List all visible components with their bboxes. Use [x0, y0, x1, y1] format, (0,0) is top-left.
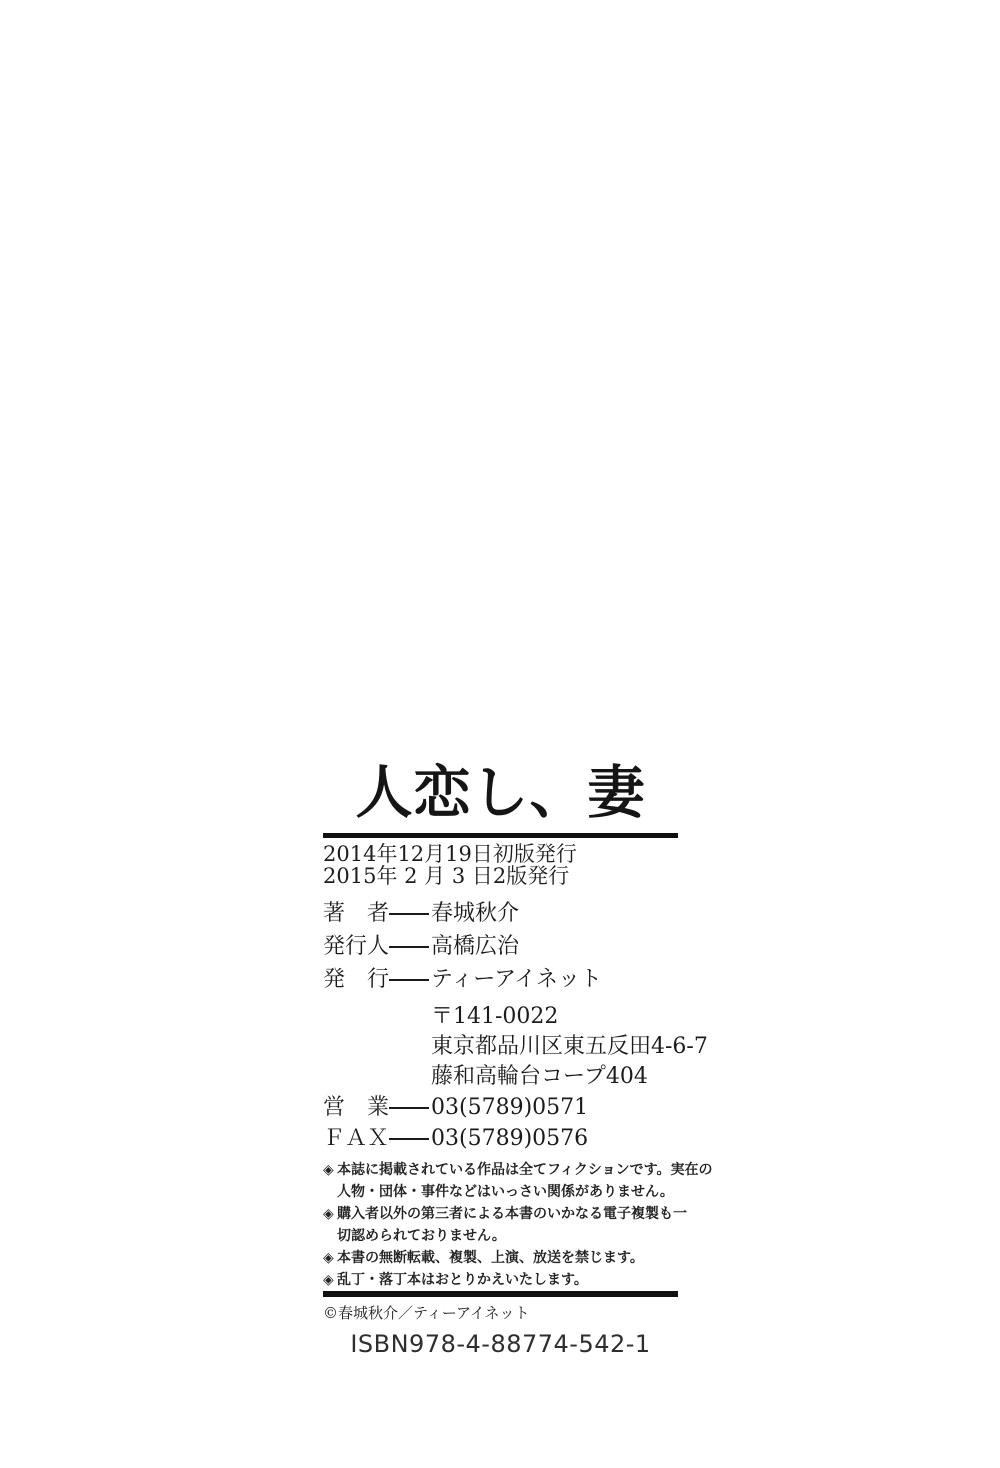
credits-section: 著 者 春城秋介 発行人 高橋広治 発 行 ティーアイネット — [323, 903, 678, 990]
credit-value: ティーアイネット — [431, 969, 602, 990]
isbn: ISBN978-4-88774-542-1 — [323, 1331, 678, 1357]
contact-row-fax: ＦＡＸ 03(5789)0576 — [323, 1128, 678, 1149]
notice-text: 購入者以外の第三者による本書のいかなる電子複製も一 — [337, 1206, 687, 1222]
notice-text: 本書の無断転載、複製、上演、放送を禁じます。 — [337, 1250, 644, 1266]
credit-label: 著 者 — [323, 903, 389, 924]
notice-text: 乱丁・落丁本はおとりかえいたします。 — [337, 1272, 588, 1288]
leader-dash — [389, 946, 429, 948]
address-line: 東京都品川区東五反田4-6-7 — [431, 1032, 678, 1062]
credit-row-publishing-house: 発 行 ティーアイネット — [323, 969, 678, 990]
postal-code: 〒141-0022 — [431, 1002, 678, 1032]
credit-label: 発行人 — [323, 936, 389, 957]
publisher-address: 〒141-0022 東京都品川区東五反田4-6-7 藤和高輪台コープ404 — [431, 1002, 678, 1092]
divider-rule-top — [323, 833, 678, 838]
notice-digital-copy-line-2: 切認められておりません。 — [323, 1225, 678, 1247]
notice-defective-copies: ◈乱丁・落丁本はおとりかえいたします。 — [323, 1269, 678, 1291]
contact-fax-number: 03(5789)0576 — [431, 1128, 588, 1149]
scanned-book-page: 人恋し、妻 2014年12月19日初版発行 2015年 2 月 3 日2版発行 … — [0, 0, 1000, 1468]
contact-phone: 03(5789)0571 — [431, 1097, 588, 1118]
notice-fiction-line-1: ◈本誌に掲載されている作品は全てフィクションです。実在の — [323, 1159, 678, 1181]
diamond-bullet-icon: ◈ — [323, 1269, 337, 1291]
contact-label: ＦＡＸ — [323, 1128, 389, 1149]
credit-row-publisher-person: 発行人 高橋広治 — [323, 936, 678, 957]
address-line: 藤和高輪台コープ404 — [431, 1062, 678, 1092]
notice-fiction-line-2: 人物・団体・事件などはいっさい関係がありません。 — [323, 1181, 678, 1203]
contacts-section: 営 業 03(5789)0571 ＦＡＸ 03(5789)0576 — [323, 1097, 678, 1149]
edition-dates: 2014年12月19日初版発行 2015年 2 月 3 日2版発行 — [323, 843, 678, 887]
edition-date-second: 2015年 2 月 3 日2版発行 — [323, 865, 678, 887]
book-title: 人恋し、妻 — [323, 762, 678, 823]
copyright-line: ©春城秋介／ティーアイネット — [323, 1303, 678, 1323]
edition-date-first: 2014年12月19日初版発行 — [323, 843, 678, 865]
leader-dash — [389, 1138, 429, 1140]
notice-reproduction: ◈本書の無断転載、複製、上演、放送を禁じます。 — [323, 1247, 678, 1269]
legal-notices: ◈本誌に掲載されている作品は全てフィクションです。実在の 人物・団体・事件などは… — [323, 1159, 678, 1291]
contact-label: 営 業 — [323, 1097, 389, 1118]
diamond-bullet-icon: ◈ — [323, 1159, 337, 1181]
credit-value: 高橋広治 — [431, 936, 519, 957]
leader-dash — [389, 1107, 429, 1109]
leader-dash — [389, 979, 429, 981]
credit-row-author: 著 者 春城秋介 — [323, 903, 678, 924]
leader-dash — [389, 913, 429, 915]
notice-text: 本誌に掲載されている作品は全てフィクションです。実在の — [337, 1162, 712, 1178]
credit-label: 発 行 — [323, 969, 389, 990]
diamond-bullet-icon: ◈ — [323, 1203, 337, 1225]
credit-value: 春城秋介 — [431, 903, 519, 924]
diamond-bullet-icon: ◈ — [323, 1247, 337, 1269]
notice-digital-copy-line-1: ◈購入者以外の第三者による本書のいかなる電子複製も一 — [323, 1203, 678, 1225]
contact-row-sales: 営 業 03(5789)0571 — [323, 1097, 678, 1118]
divider-rule-bottom — [323, 1291, 678, 1297]
colophon-block: 人恋し、妻 2014年12月19日初版発行 2015年 2 月 3 日2版発行 … — [323, 762, 678, 1357]
